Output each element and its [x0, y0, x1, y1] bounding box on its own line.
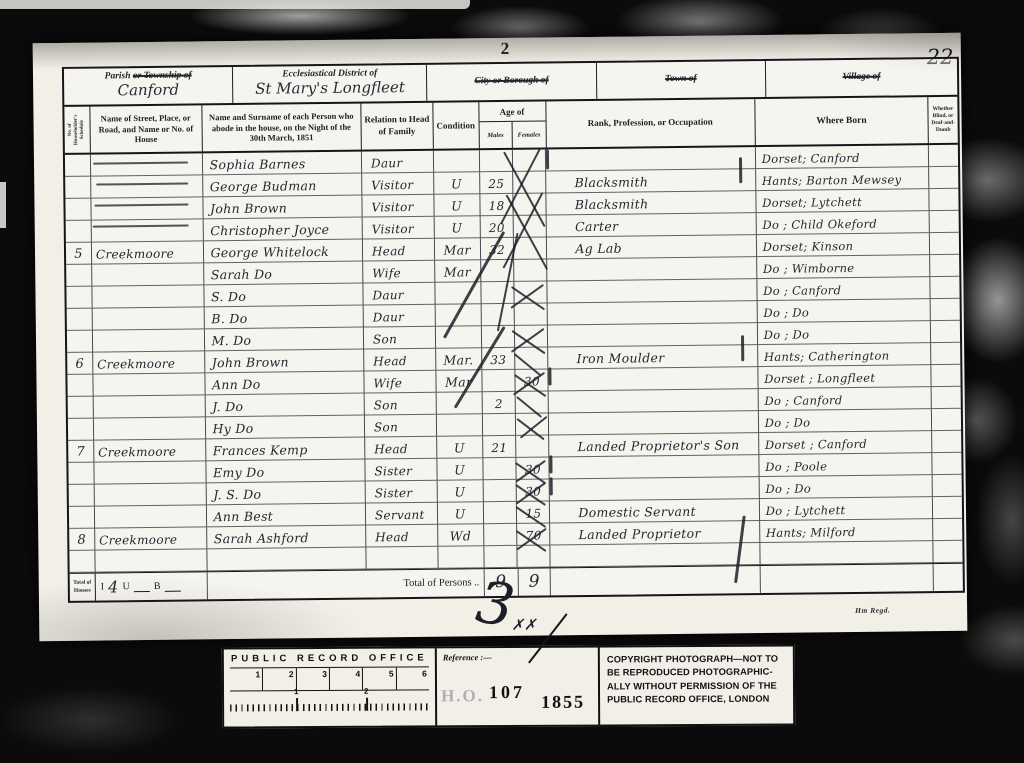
col-header-street: Name of Street, Place, or Road, and Name…: [90, 105, 202, 152]
uninhabited-blank: [134, 581, 150, 591]
cell-blind-deaf: [931, 299, 960, 321]
col-header-where-born: Where Born: [755, 97, 929, 145]
age-of-label: Age of: [479, 101, 545, 122]
tally-tick: [550, 477, 553, 495]
col-header-blind-deaf: Whether Blind, or Deaf-and-Dumb: [928, 97, 957, 143]
cell-age-female: [517, 435, 550, 457]
cell-blind-deaf: [931, 365, 960, 387]
cell-blind-deaf: [932, 431, 961, 453]
cell-occupation: [547, 257, 757, 281]
cell-name: Sarah Ashford: [207, 526, 367, 550]
building-blank: [164, 581, 180, 591]
cell-where-born: Do ; Do: [759, 475, 933, 499]
cell-condition: U: [434, 172, 480, 195]
cell-where-born: Dorset ; Canford: [759, 431, 933, 455]
cell-occupation: [546, 147, 756, 171]
building-label: B: [154, 581, 161, 592]
cell-name: Sophia Barnes: [202, 152, 362, 176]
copyright-box: COPYRIGHT PHOTOGRAPH—NOT TO BE REPRODUCE…: [600, 647, 789, 725]
col-header-condition: Condition: [433, 102, 479, 149]
cell-where-born: Do ; Do: [758, 321, 932, 345]
cell-blind-deaf: [929, 189, 958, 211]
cell-relation: Wife: [363, 261, 435, 284]
pro-stamp: PUBLIC RECORD OFFICE 1 2 3 4 5 6 1 2 Ref…: [222, 645, 795, 729]
cell-name: Hy Do: [205, 416, 365, 440]
cell-blind-deaf: [933, 497, 962, 519]
cell-name: S. Do: [204, 284, 364, 308]
total-houses-label: Total of Houses: [70, 574, 96, 601]
cell-street: [92, 285, 204, 308]
cell-occupation: [551, 543, 761, 567]
cell-name: John Brown: [205, 350, 365, 374]
cell-where-born: Do ; Canford: [758, 387, 932, 411]
cell-where-born: Do ; Do: [759, 409, 933, 433]
cell-schedule-no: 6: [67, 353, 93, 375]
photo-edge-mark: [0, 182, 6, 228]
cell-where-born: Do ; Do: [757, 299, 931, 323]
ruler-inches: 1 2 3 4 5 6: [230, 666, 429, 691]
cell-age-male: [484, 524, 518, 546]
inhabited-label: I: [101, 582, 104, 593]
cell-blind-deaf: [933, 475, 962, 497]
cell-name: Ann Best: [206, 504, 366, 528]
photograph-background: 2 22 Parish or Township of Canford Eccle…: [0, 0, 1024, 763]
cell-occupation: Iron Moulder: [548, 345, 758, 369]
cell-blind-deaf: [932, 409, 961, 431]
cell-schedule-no: [67, 375, 93, 397]
cell-relation: Daur: [362, 151, 434, 174]
cell-name: John Brown: [203, 196, 363, 220]
cell-age-male: [482, 414, 516, 436]
col-header-occupation: Rank, Profession, or Occupation: [546, 99, 756, 147]
cell-blind-deaf: [930, 255, 959, 277]
cell-where-born: Hants; Milford: [760, 519, 934, 543]
registrar-mark: Hm Regd.: [855, 606, 890, 615]
cell-street: [94, 417, 206, 440]
cell-relation: Head: [363, 239, 435, 262]
cell-street: [94, 395, 206, 418]
cell-schedule-no: 7: [68, 441, 94, 463]
age-females-label: Females: [513, 121, 546, 148]
cell-blind-deaf: [930, 277, 959, 299]
cell-where-born: Do ; Wimborne: [757, 255, 931, 279]
cell-condition: U: [434, 194, 480, 217]
cell-street: [91, 175, 203, 198]
cell-occupation: [548, 279, 758, 303]
field-parish: Parish or Township of Canford: [64, 67, 234, 105]
cell-blind-deaf: [933, 541, 962, 563]
cell-name: [207, 548, 367, 572]
tally-tick: [548, 367, 551, 385]
town-label-struck: Town of: [665, 74, 697, 84]
cell-street: Creekmoore: [92, 241, 204, 264]
field-village: Village of: [766, 59, 958, 97]
cell-occupation: Landed Proprietor's Son: [549, 433, 759, 457]
cell-schedule-no: [66, 265, 92, 287]
cell-age-male: [481, 282, 515, 304]
cell-occupation: [549, 411, 759, 435]
cell-relation: Daur: [363, 283, 435, 306]
tally-tick: [546, 149, 549, 169]
cell-schedule-no: [68, 463, 94, 485]
cell-relation: Visitor: [362, 173, 434, 196]
cell-street: [95, 505, 207, 528]
cell-condition: [438, 546, 484, 569]
cell-name: George Whitelock: [203, 240, 363, 264]
reference-label: Reference :—: [443, 652, 592, 663]
cell-where-born: [760, 541, 934, 565]
parish-label-struck: or Township of: [133, 70, 192, 81]
cell-blind-deaf: [933, 519, 962, 541]
cell-schedule-no: [67, 309, 93, 331]
total-persons-label: Total of Persons ..: [207, 569, 484, 599]
cell-age-female: [518, 545, 551, 567]
field-city-borough: City or Borough of: [427, 63, 597, 101]
reference-box: Reference :— H.O. 107 1855: [437, 648, 600, 726]
cell-relation: Son: [365, 393, 437, 416]
cell-age-male: 21: [483, 436, 517, 458]
cell-where-born: Dorset; Canford: [756, 145, 930, 169]
cell-street: [94, 461, 206, 484]
cell-schedule-no: [69, 485, 95, 507]
cell-where-born: Dorset; Kinson: [757, 233, 931, 257]
cell-name: J. S. Do: [206, 482, 366, 506]
cell-where-born: Do ; Child Okeford: [756, 211, 930, 235]
city-label-struck: City or Borough of: [474, 75, 548, 86]
col-header-age: Age of Males Females: [479, 101, 547, 148]
cell-relation: Son: [365, 415, 437, 438]
cell-blind-deaf: [930, 233, 959, 255]
cell-name: Ann Do: [205, 372, 365, 396]
cell-relation: Sister: [366, 481, 438, 504]
field-ecclesiastical-district: Ecclesiastical District of St Mary's Lon…: [233, 65, 428, 103]
ruler-fine-ticks: 1 2: [230, 692, 429, 711]
cell-schedule-no: [65, 199, 91, 221]
cell-condition: U: [438, 502, 484, 525]
cell-age-male: [483, 480, 517, 502]
cell-street: Creekmoore: [95, 527, 207, 550]
cell-condition: U: [437, 458, 483, 481]
cell-name: Frances Kemp: [206, 438, 366, 462]
village-label-struck: Village of: [843, 72, 881, 82]
cell-relation: Wife: [364, 371, 436, 394]
cell-name: Sarah Do: [204, 262, 364, 286]
cell-condition: Wd: [438, 524, 484, 547]
tally-tick: [739, 157, 742, 183]
cell-occupation: Ag Lab: [547, 235, 757, 259]
cell-age-male: 20: [480, 216, 514, 238]
cell-street: [95, 483, 207, 506]
cell-street: [93, 329, 205, 352]
cell-age-male: [483, 502, 517, 524]
cell-occupation: [549, 389, 759, 413]
cell-blind-deaf: [932, 387, 961, 409]
cell-age-male: [484, 546, 518, 568]
cell-where-born: Hants; Catherington: [758, 343, 932, 367]
reference-value: H.O. 107 1855: [441, 676, 591, 677]
col-header-name: Name and Surname of each Person who abod…: [202, 104, 362, 152]
cell-occupation: Carter: [547, 213, 757, 237]
cell-schedule-no: [67, 331, 93, 353]
total-houses-values: I 4 U B: [96, 572, 208, 600]
cell-occupation: Blacksmith: [547, 191, 757, 215]
reference-class: 107: [489, 682, 525, 703]
cell-relation: Son: [364, 327, 436, 350]
cell-street: [91, 153, 203, 176]
cell-age-male: 2: [482, 392, 516, 414]
cell-street: [92, 219, 204, 242]
cell-relation: [366, 547, 438, 570]
cell-condition: [437, 414, 483, 437]
cell-schedule-no: [68, 397, 94, 419]
cell-street: [95, 549, 207, 572]
cell-occupation: [550, 477, 760, 501]
cell-condition: U: [434, 216, 480, 239]
cell-age-male: [483, 458, 517, 480]
cell-occupation: Domestic Servant: [550, 499, 760, 523]
cell-name: Christopher Joyce: [203, 218, 363, 242]
cell-schedule-no: [68, 419, 94, 441]
tally-tick: [741, 335, 744, 361]
cell-where-born: Do ; Canford: [757, 277, 931, 301]
cell-relation: Servant: [366, 503, 438, 526]
field-town: Town of: [597, 61, 767, 99]
eccl-value: St Mary's Longfleet: [233, 78, 426, 98]
cell-relation: Sister: [365, 459, 437, 482]
cell-occupation: Blacksmith: [546, 169, 756, 193]
cell-street: [91, 197, 203, 220]
cell-schedule-no: 8: [69, 529, 95, 551]
cell-where-born: Hants; Barton Mewsey: [756, 167, 930, 191]
cell-blind-deaf: [932, 453, 961, 475]
cell-condition: Mar: [435, 238, 481, 261]
cell-street: Creekmoore: [93, 351, 205, 374]
cell-blind-deaf: [931, 321, 960, 343]
cell-relation: Visitor: [363, 217, 435, 240]
cell-street: [92, 263, 204, 286]
cell-where-born: Dorset; Lytchett: [756, 189, 930, 213]
reference-prefix: H.O.: [441, 686, 484, 706]
cell-schedule-no: [69, 507, 95, 529]
ink-check-marks: ✗✗: [511, 616, 536, 634]
cell-relation: Head: [365, 437, 437, 460]
census-page: 2 22 Parish or Township of Canford Eccle…: [33, 33, 968, 641]
page-number-printed: 2: [501, 39, 510, 59]
cell-schedule-no: [65, 177, 91, 199]
cell-blind-deaf: [930, 211, 959, 233]
pro-office-title: PUBLIC RECORD OFFICE: [230, 652, 429, 664]
cell-occupation: Landed Proprietor: [550, 521, 760, 545]
cell-name: Emy Do: [206, 460, 366, 484]
cell-occupation: [548, 323, 758, 347]
cell-relation: Head: [366, 525, 438, 548]
cell-schedule-no: [66, 221, 92, 243]
cell-condition: Mar.: [436, 348, 482, 371]
cell-blind-deaf: [931, 343, 960, 365]
photo-edge-streak: [0, 0, 470, 9]
reference-piece: 1855: [541, 692, 585, 713]
cell-relation: Daur: [364, 305, 436, 328]
cell-age-male: 25: [480, 172, 514, 194]
col-header-relation: Relation to Head of Family: [361, 103, 433, 150]
cell-name: B. Do: [204, 306, 364, 330]
cell-schedule-no: [69, 551, 95, 573]
cell-name: M. Do: [204, 328, 364, 352]
cell-condition: U: [437, 480, 483, 503]
tally-tick: [549, 455, 552, 473]
cell-schedule-no: [65, 155, 91, 177]
cell-relation: Head: [364, 349, 436, 372]
cell-occupation: [550, 455, 760, 479]
cell-where-born: Do ; Poole: [759, 453, 933, 477]
cell-blind-deaf: [929, 167, 958, 189]
ink-marks-overlay: 3 ✗✗: [33, 33, 961, 44]
parish-value: Canford: [64, 80, 232, 100]
uninhabited-label: U: [122, 581, 129, 592]
cell-condition: [434, 150, 480, 173]
cell-street: [93, 373, 205, 396]
parish-label: Parish: [105, 71, 133, 81]
total-persons-females: 9: [518, 568, 551, 595]
cell-blind-deaf: [929, 145, 958, 167]
col-header-schedule: No. of Householder's Schedule: [64, 107, 91, 153]
age-males-label: Males: [479, 122, 513, 149]
cell-relation: Visitor: [362, 195, 434, 218]
cell-occupation: [549, 367, 759, 391]
inhabited-value: 4: [108, 579, 119, 595]
cell-age-male: [482, 370, 516, 392]
pro-ruler-box: PUBLIC RECORD OFFICE 1 2 3 4 5 6 1 2: [224, 648, 437, 726]
cell-condition: U: [437, 436, 483, 459]
cell-schedule-no: [66, 287, 92, 309]
cell-occupation: [548, 301, 758, 325]
cell-street: [93, 307, 205, 330]
cell-where-born: Do ; Lytchett: [760, 497, 934, 521]
cell-schedule-no: 5: [66, 243, 92, 265]
cell-street: Creekmoore: [94, 439, 206, 462]
cell-where-born: Dorset ; Longfleet: [758, 365, 932, 389]
cell-name: George Budman: [203, 174, 363, 198]
cell-name: J. Do: [205, 394, 365, 418]
